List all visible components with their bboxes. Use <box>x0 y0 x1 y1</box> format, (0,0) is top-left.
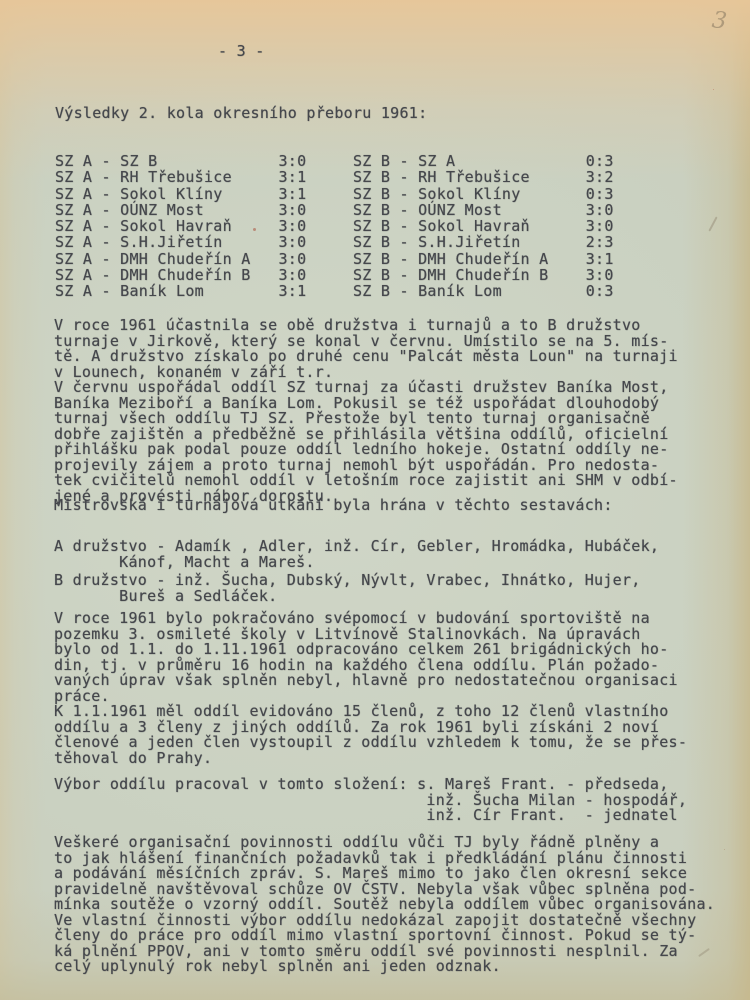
scanned-page: - 3 - 3 Výsledky 2. kola okresního přebo… <box>0 0 750 1000</box>
paragraph-duties: Veškeré organisační povinnosti oddílu vů… <box>54 835 715 975</box>
handwritten-page-mark: 3 <box>710 7 728 35</box>
lineups-intro: Mistrovská i turnajová utkání byla hrána… <box>54 498 613 514</box>
paragraph-construction-membership: V roce 1961 bylo pokračováno svépomocí v… <box>54 611 687 766</box>
team-b-lineup: B družstvo - inž. Šucha, Dubský, Nývlt, … <box>54 573 641 604</box>
results-heading: Výsledky 2. kola okresního přeboru 1961: <box>55 106 427 122</box>
team-a-lineup: A družstvo - Adamík , Adler, inž. Cír, G… <box>54 539 659 570</box>
paragraph-tournaments: V roce 1961 účastnila se obě družstva i … <box>54 318 678 504</box>
committee-list: Výbor oddílu pracoval v tomto složení: s… <box>54 777 687 824</box>
paper-speckles <box>253 228 256 231</box>
page-number: - 3 - <box>218 44 265 60</box>
results-table: SZ A - SZ B 3:0 SZ B - SZ A 0:3 SZ A - R… <box>55 153 614 300</box>
pencil-slash-mark <box>708 216 717 231</box>
